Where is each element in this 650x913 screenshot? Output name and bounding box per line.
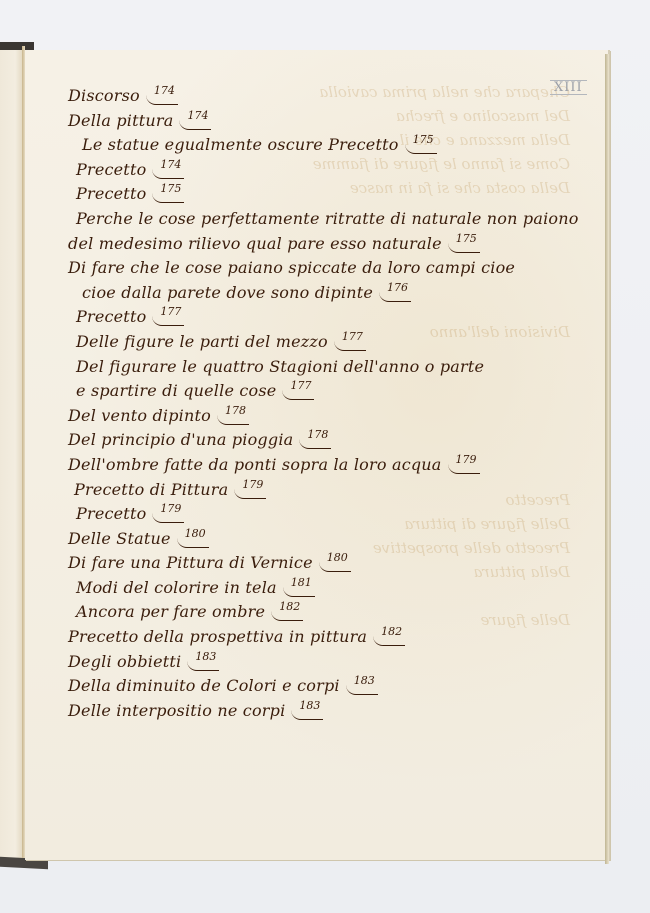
- entry-title: Le statue egualmente oscure Precetto: [82, 135, 399, 154]
- entry-page-ref: 180: [319, 546, 351, 572]
- entry-page-ref: 178: [217, 399, 249, 425]
- index-entries: Discorso174 Della pittura174 Le statue e…: [68, 84, 568, 723]
- entry-page-ref: 174: [179, 104, 211, 130]
- entry-title: Precetto: [76, 307, 146, 326]
- index-entry: cioe dalla parete dove sono dipinte176: [68, 281, 568, 306]
- entry-title: Delle Statue: [68, 529, 171, 548]
- index-entry: Modi del colorire in tela181: [68, 576, 568, 601]
- entry-title: Discorso: [68, 86, 140, 105]
- entry-page-ref: 175: [152, 177, 184, 203]
- entry-page-ref: 177: [152, 300, 184, 326]
- entry-title: Precetto della prospettiva in pittura: [68, 627, 367, 646]
- index-entry: Delle interpositio ne corpi183: [68, 699, 568, 724]
- entry-title: Precetto di Pittura: [74, 480, 228, 499]
- binding-clip-top: [0, 42, 34, 50]
- entry-page-ref: 179: [234, 473, 266, 499]
- index-entry: Delle figure le parti del mezzo177: [68, 330, 568, 355]
- facing-page-edge: [0, 44, 23, 859]
- entry-title: Di fare che le cose paiano spiccate da l…: [68, 258, 515, 277]
- entry-title: Perche le cose perfettamente ritratte di…: [76, 209, 579, 228]
- entry-title: e spartire di quelle cose: [76, 381, 276, 400]
- entry-title: Precetto: [76, 184, 146, 203]
- index-entry: Di fare una Pittura di Vernice180: [68, 551, 568, 576]
- index-entry: Perche le cose perfettamente ritratte di…: [68, 207, 568, 232]
- entry-title: Delle interpositio ne corpi: [68, 701, 285, 720]
- entry-title: Dell'ombre fatte da ponti sopra la loro …: [68, 455, 442, 474]
- entry-page-ref: 183: [346, 669, 378, 695]
- entry-title: Della diminuito de Colori e corpi: [68, 676, 340, 695]
- index-entry: Del figurare le quattro Stagioni dell'an…: [68, 355, 568, 380]
- entry-page-ref: 174: [146, 79, 178, 105]
- entry-page-ref: 177: [282, 374, 314, 400]
- index-entry: Della pittura174: [68, 109, 568, 134]
- index-entry: Precetto della prospettiva in pittura182: [68, 625, 568, 650]
- entry-page-ref: 183: [187, 645, 219, 671]
- index-entry: Del principio d'una pioggia178: [68, 428, 568, 453]
- index-entry: Precetto174: [68, 158, 568, 183]
- entry-title: Del vento dipinto: [68, 406, 211, 425]
- entry-page-ref: 179: [448, 448, 480, 474]
- index-entry: Le statue egualmente oscure Precetto175: [68, 133, 568, 158]
- index-entry: Precetto di Pittura179: [68, 478, 568, 503]
- index-entry: Ancora per fare ombre182: [68, 600, 568, 625]
- entry-page-ref: 175: [448, 227, 480, 253]
- entry-page-ref: 178: [299, 423, 331, 449]
- entry-page-ref: 174: [152, 153, 184, 179]
- entry-page-ref: 182: [271, 595, 303, 621]
- entry-page-ref: 176: [379, 276, 411, 302]
- entry-page-ref: 180: [177, 522, 209, 548]
- entry-title: Del figurare le quattro Stagioni dell'an…: [76, 357, 484, 376]
- index-entry: Precetto177: [68, 305, 568, 330]
- entry-title: Modi del colorire in tela: [76, 578, 277, 597]
- entry-title: Delle figure le parti del mezzo: [76, 332, 328, 351]
- entry-title: Precetto: [76, 160, 146, 179]
- entry-page-ref: 181: [283, 571, 315, 597]
- index-entry: Di fare che le cose paiano spiccate da l…: [68, 256, 568, 281]
- page-stack-edge: [605, 54, 609, 864]
- entry-title: cioe dalla parete dove sono dipinte: [82, 283, 373, 302]
- index-entry: Precetto179: [68, 502, 568, 527]
- manuscript-scene: Chepara che nella prima caviollaDel masc…: [0, 0, 650, 913]
- entry-title: Della pittura: [68, 111, 173, 130]
- index-entry: Dell'ombre fatte da ponti sopra la loro …: [68, 453, 568, 478]
- entry-page-ref: 183: [291, 694, 323, 720]
- entry-title: Degli obbietti: [68, 652, 181, 671]
- entry-page-ref: 177: [334, 325, 366, 351]
- index-entry: e spartire di quelle cose177: [68, 379, 568, 404]
- index-entry: del medesimo rilievo qual pare esso natu…: [68, 232, 568, 257]
- index-entry: Precetto175: [68, 182, 568, 207]
- entry-page-ref: 175: [405, 128, 437, 154]
- entry-page-ref: 182: [373, 620, 405, 646]
- index-entry: Discorso174: [68, 84, 568, 109]
- entry-page-ref: 179: [152, 497, 184, 523]
- entry-title: del medesimo rilievo qual pare esso natu…: [68, 234, 442, 253]
- entry-title: Ancora per fare ombre: [76, 602, 265, 621]
- entry-title: Del principio d'una pioggia: [68, 430, 293, 449]
- entry-title: Precetto: [76, 504, 146, 523]
- entry-title: Di fare una Pittura di Vernice: [68, 553, 313, 572]
- index-entry: Degli obbietti183: [68, 650, 568, 675]
